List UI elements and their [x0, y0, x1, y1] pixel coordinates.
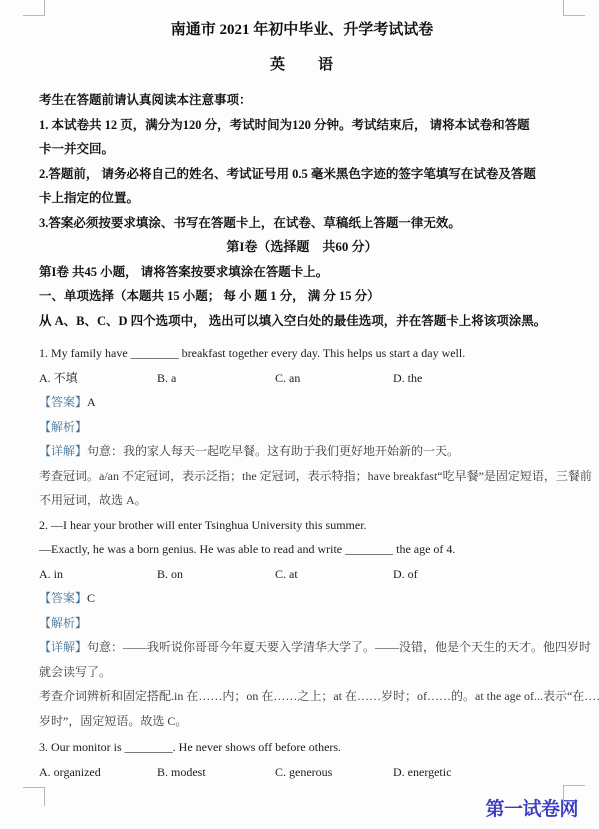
- page-corner-mark-bottom-right: [563, 785, 585, 804]
- question-1-answer-value: A: [87, 395, 96, 409]
- part-1-note: 第I卷 共45 小题， 请将答案按要求填涂在答题卡上。: [39, 260, 565, 285]
- detail-label: 【详解】: [39, 640, 87, 654]
- section-1-instruction: 从 A、B、C、D 四个选项中， 选出可以填入空白处的最佳选项，并在答题卡上将该…: [39, 309, 565, 334]
- question-1-analysis-line: 【解析】: [39, 415, 565, 440]
- page-corner-mark-bottom-left: [23, 787, 45, 806]
- question-3-stem: 3. Our monitor is ________. He never sho…: [39, 735, 565, 760]
- question-2-analysis-line: 【解析】: [39, 611, 565, 636]
- question-3: 3. Our monitor is ________. He never sho…: [39, 735, 565, 784]
- question-3-option-b: B. modest: [157, 760, 275, 785]
- question-1-option-c: C. an: [275, 366, 393, 391]
- question-3-options: A. organized B. modest C. generous D. en…: [39, 760, 565, 785]
- analysis-label: 【解析】: [39, 616, 87, 630]
- question-2-explanation-text-1: 句意：——我听说你哥哥今年夏天要入学清华大学了。——没错，他是个天生的天才。他四…: [87, 640, 591, 654]
- notice-item-2-line-2: 卡上指定的位置。: [39, 186, 565, 211]
- question-1-option-a: A. 不填: [39, 366, 157, 391]
- notice-item-1-line-1: 1. 本试卷共 12 页，满分为120 分，考试时间为120 分钟。考试结束后，…: [39, 113, 565, 138]
- question-2-answer-value: C: [87, 591, 95, 605]
- question-2-option-b: B. on: [157, 562, 275, 587]
- question-3-option-a: A. organized: [39, 760, 157, 785]
- detail-label: 【详解】: [39, 444, 87, 458]
- question-1-explanation-line-1: 【详解】句意：我的家人每天一起吃早餐。这有助于我们更好地开始新的一天。: [39, 439, 565, 464]
- question-2-stem-line-2: —Exactly, he was a born genius. He was a…: [39, 537, 565, 562]
- question-1-stem: 1. My family have ________ breakfast tog…: [39, 341, 565, 366]
- question-1-options: A. 不填 B. a C. an D. the: [39, 366, 565, 391]
- exam-document: 南通市 2021 年初中毕业、升学考试试卷 英 语 考生在答题前请认真阅读本注意…: [39, 21, 565, 784]
- answer-label: 【答案】: [39, 395, 87, 409]
- question-2-stem-line-1: 2. —I hear your brother will enter Tsing…: [39, 513, 565, 538]
- notice-item-1-line-2: 卡一并交回。: [39, 137, 565, 162]
- section-1-heading: 一、单项选择（本题共 15 小题； 每 小 题 1 分， 满 分 15 分）: [39, 284, 565, 309]
- question-1-explanation-line-2: 考查冠词。a/an 不定冠词，表示泛指；the 定冠词，表示特指；have br…: [39, 464, 565, 489]
- question-1: 1. My family have ________ breakfast tog…: [39, 341, 565, 513]
- question-3-option-d: D. energetic: [393, 760, 565, 785]
- question-2-option-c: C. at: [275, 562, 393, 587]
- question-1-explanation-line-3: 不用冠词，故选 A。: [39, 488, 565, 513]
- notice-item-3: 3.答案必须按要求填涂、书写在答题卡上，在试卷、草稿纸上答题一律无效。: [39, 211, 565, 236]
- question-1-option-b: B. a: [157, 366, 275, 391]
- question-1-answer-line: 【答案】A: [39, 390, 565, 415]
- notice-heading: 考生在答题前请认真阅读本注意事项：: [39, 88, 565, 113]
- part-1-heading: 第I卷（选择题 共60 分）: [39, 235, 565, 260]
- page-corner-mark-top-right: [563, 0, 585, 16]
- question-2-options: A. in B. on C. at D. of: [39, 562, 565, 587]
- question-2-explanation-line-3: 考查介词辨析和固定搭配.in 在……内；on 在……之上；at 在……岁时；of…: [39, 684, 565, 709]
- question-2-answer-line: 【答案】C: [39, 586, 565, 611]
- question-2-explanation-line-2: 就会读写了。: [39, 660, 565, 685]
- answer-label: 【答案】: [39, 591, 87, 605]
- question-1-option-d: D. the: [393, 366, 565, 391]
- question-2-option-d: D. of: [393, 562, 565, 587]
- question-1-explanation-text-1: 句意：我的家人每天一起吃早餐。这有助于我们更好地开始新的一天。: [87, 444, 459, 458]
- question-2: 2. —I hear your brother will enter Tsing…: [39, 513, 565, 734]
- question-2-explanation-line-1: 【详解】句意：——我听说你哥哥今年夏天要入学清华大学了。——没错，他是个天生的天…: [39, 635, 565, 660]
- exam-subject: 英 语: [39, 56, 565, 74]
- question-2-explanation-line-4: 岁时”，固定短语。故选 C。: [39, 709, 565, 734]
- exam-title: 南通市 2021 年初中毕业、升学考试试卷: [39, 21, 565, 39]
- question-3-option-c: C. generous: [275, 760, 393, 785]
- question-2-option-a: A. in: [39, 562, 157, 587]
- notice-item-2-line-1: 2.答题前， 请务必将自己的姓名、考试证号用 0.5 毫米黑色字迹的签字笔填写在…: [39, 162, 565, 187]
- page-corner-mark-top-left: [23, 0, 45, 16]
- analysis-label: 【解析】: [39, 420, 87, 434]
